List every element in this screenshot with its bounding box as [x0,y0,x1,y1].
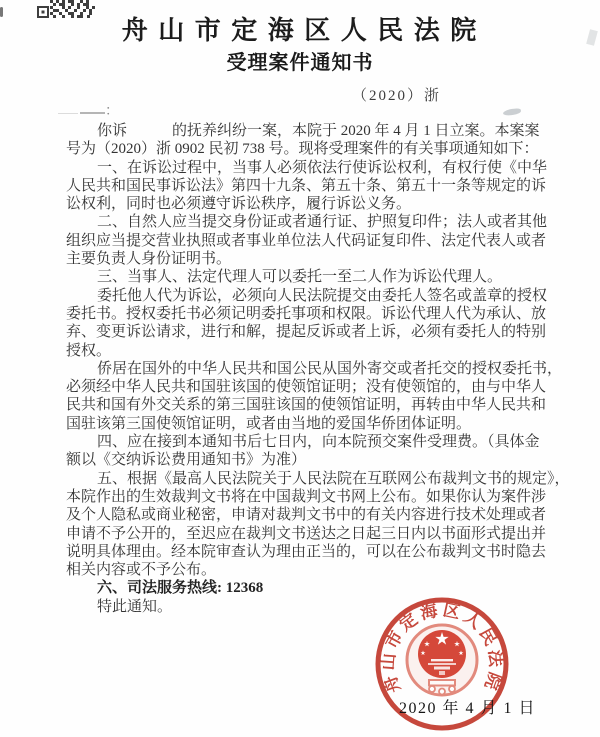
service-hotline-line: 六、司法服务热线: 12368 [66,579,552,597]
body-line: 及个人隐私或商业秘密，申请对裁判文书中的有关内容进行技术处理或者 [66,506,552,524]
scan-smudge [503,108,522,116]
court-name-heading: 舟 山 市 定 海 区 人 民 法 院 [0,10,600,47]
body-line: 主要负责人身份证明书。 [66,250,552,268]
body-line: 民共和国有外交关系的第三国驻该国的使领馆证明，再转由中华人民共和 [66,396,552,414]
body-line: 授权。 [66,342,552,360]
body-line: 你诉 的抚养纠纷一案，本院于 2020 年 4 月 1 日立案。本案案 [66,122,552,140]
body-line: 本院作出的生效裁判文书将在中国裁判文书网上公布。如果你认为案件涉 [66,488,552,506]
body-line: 一、在诉讼过程中，当事人必须依法行使诉讼权利，有权行使《中华 [66,159,552,177]
body-line: 说明具体理由。经本院审查认为理由正当的，可以在公布裁判文书时隐去 [66,543,552,561]
notice-body: 你诉 的抚养纠纷一案，本院于 2020 年 4 月 1 日立案。本案案 号为（2… [66,122,552,616]
document-title: 受理案件通知书 [0,46,600,75]
national-emblem-icon [407,625,477,695]
body-line: 三、当事人、法定代理人可以委托一至二人作为诉讼代理人。 [66,268,552,286]
body-line: 四、应在接到本通知书后七日内，向本院预交案件受理费。（具体金 [66,433,552,451]
body-line: 人民共和国民事诉讼法》第四十九条、第五十条、第五十一条等规定的诉 [66,177,552,195]
body-line: 申请不予公开的，至迟应在裁判文书送达之日起三日内以书面形式提出并 [66,525,552,543]
body-line: 五、根据《最高人民法院关于人民法院在互联网公布裁判文书的规定》， [66,470,552,488]
body-line: 必须经中华人民共和国驻该国的使领馆证明；没有使领馆的，由与中华人 [66,378,552,396]
notice-document: 舟 山 市 定 海 区 人 民 法 院 受理案件通知书 （2020）浙 ： 你诉… [0,0,600,737]
body-line: 弃、变更诉讼请求，进行和解，提起反诉或者上诉，必须有委托人的特别 [66,323,552,341]
body-line: 二、自然人应当提交身份证或者通行证、护照复印件；法人或者其他 [66,213,552,231]
addressee-colon: ： [105,100,119,120]
body-line: 委托他人代为诉讼，必须向人民法院提交由委托人签名或盖章的授权 [66,287,552,305]
redaction-mark [80,112,105,114]
body-line: 额以《交纳诉讼费用通知书》为准） [66,451,552,469]
body-line: 组织应当提交营业执照或者事业单位法人代码证复印件、法定代表人或者 [66,232,552,250]
body-line: 侨居在国外的中华人民共和国公民从国外寄交或者托交的授权委托书， [66,360,552,378]
case-reference: （2020）浙 [352,84,441,105]
body-line: 号为（2020）浙 0902 民初 738 号。现将受理案件的有关事项通知如下： [66,140,552,158]
body-line: 委托书。授权委托书必须记明委托事项和权限。诉讼代理人代为承认、放 [66,305,552,323]
body-line: 国驻该第三国使领馆证明，或者由当地的爱国华侨团体证明。 [66,415,552,433]
body-line: 讼权利，同时也必须遵守诉讼秩序，履行诉讼义务。 [66,195,552,213]
body-line: 相关内容或不予公布。 [66,561,552,579]
issue-date: 2020 年 4 月 1 日 [399,695,536,718]
redaction-mark [58,113,78,114]
